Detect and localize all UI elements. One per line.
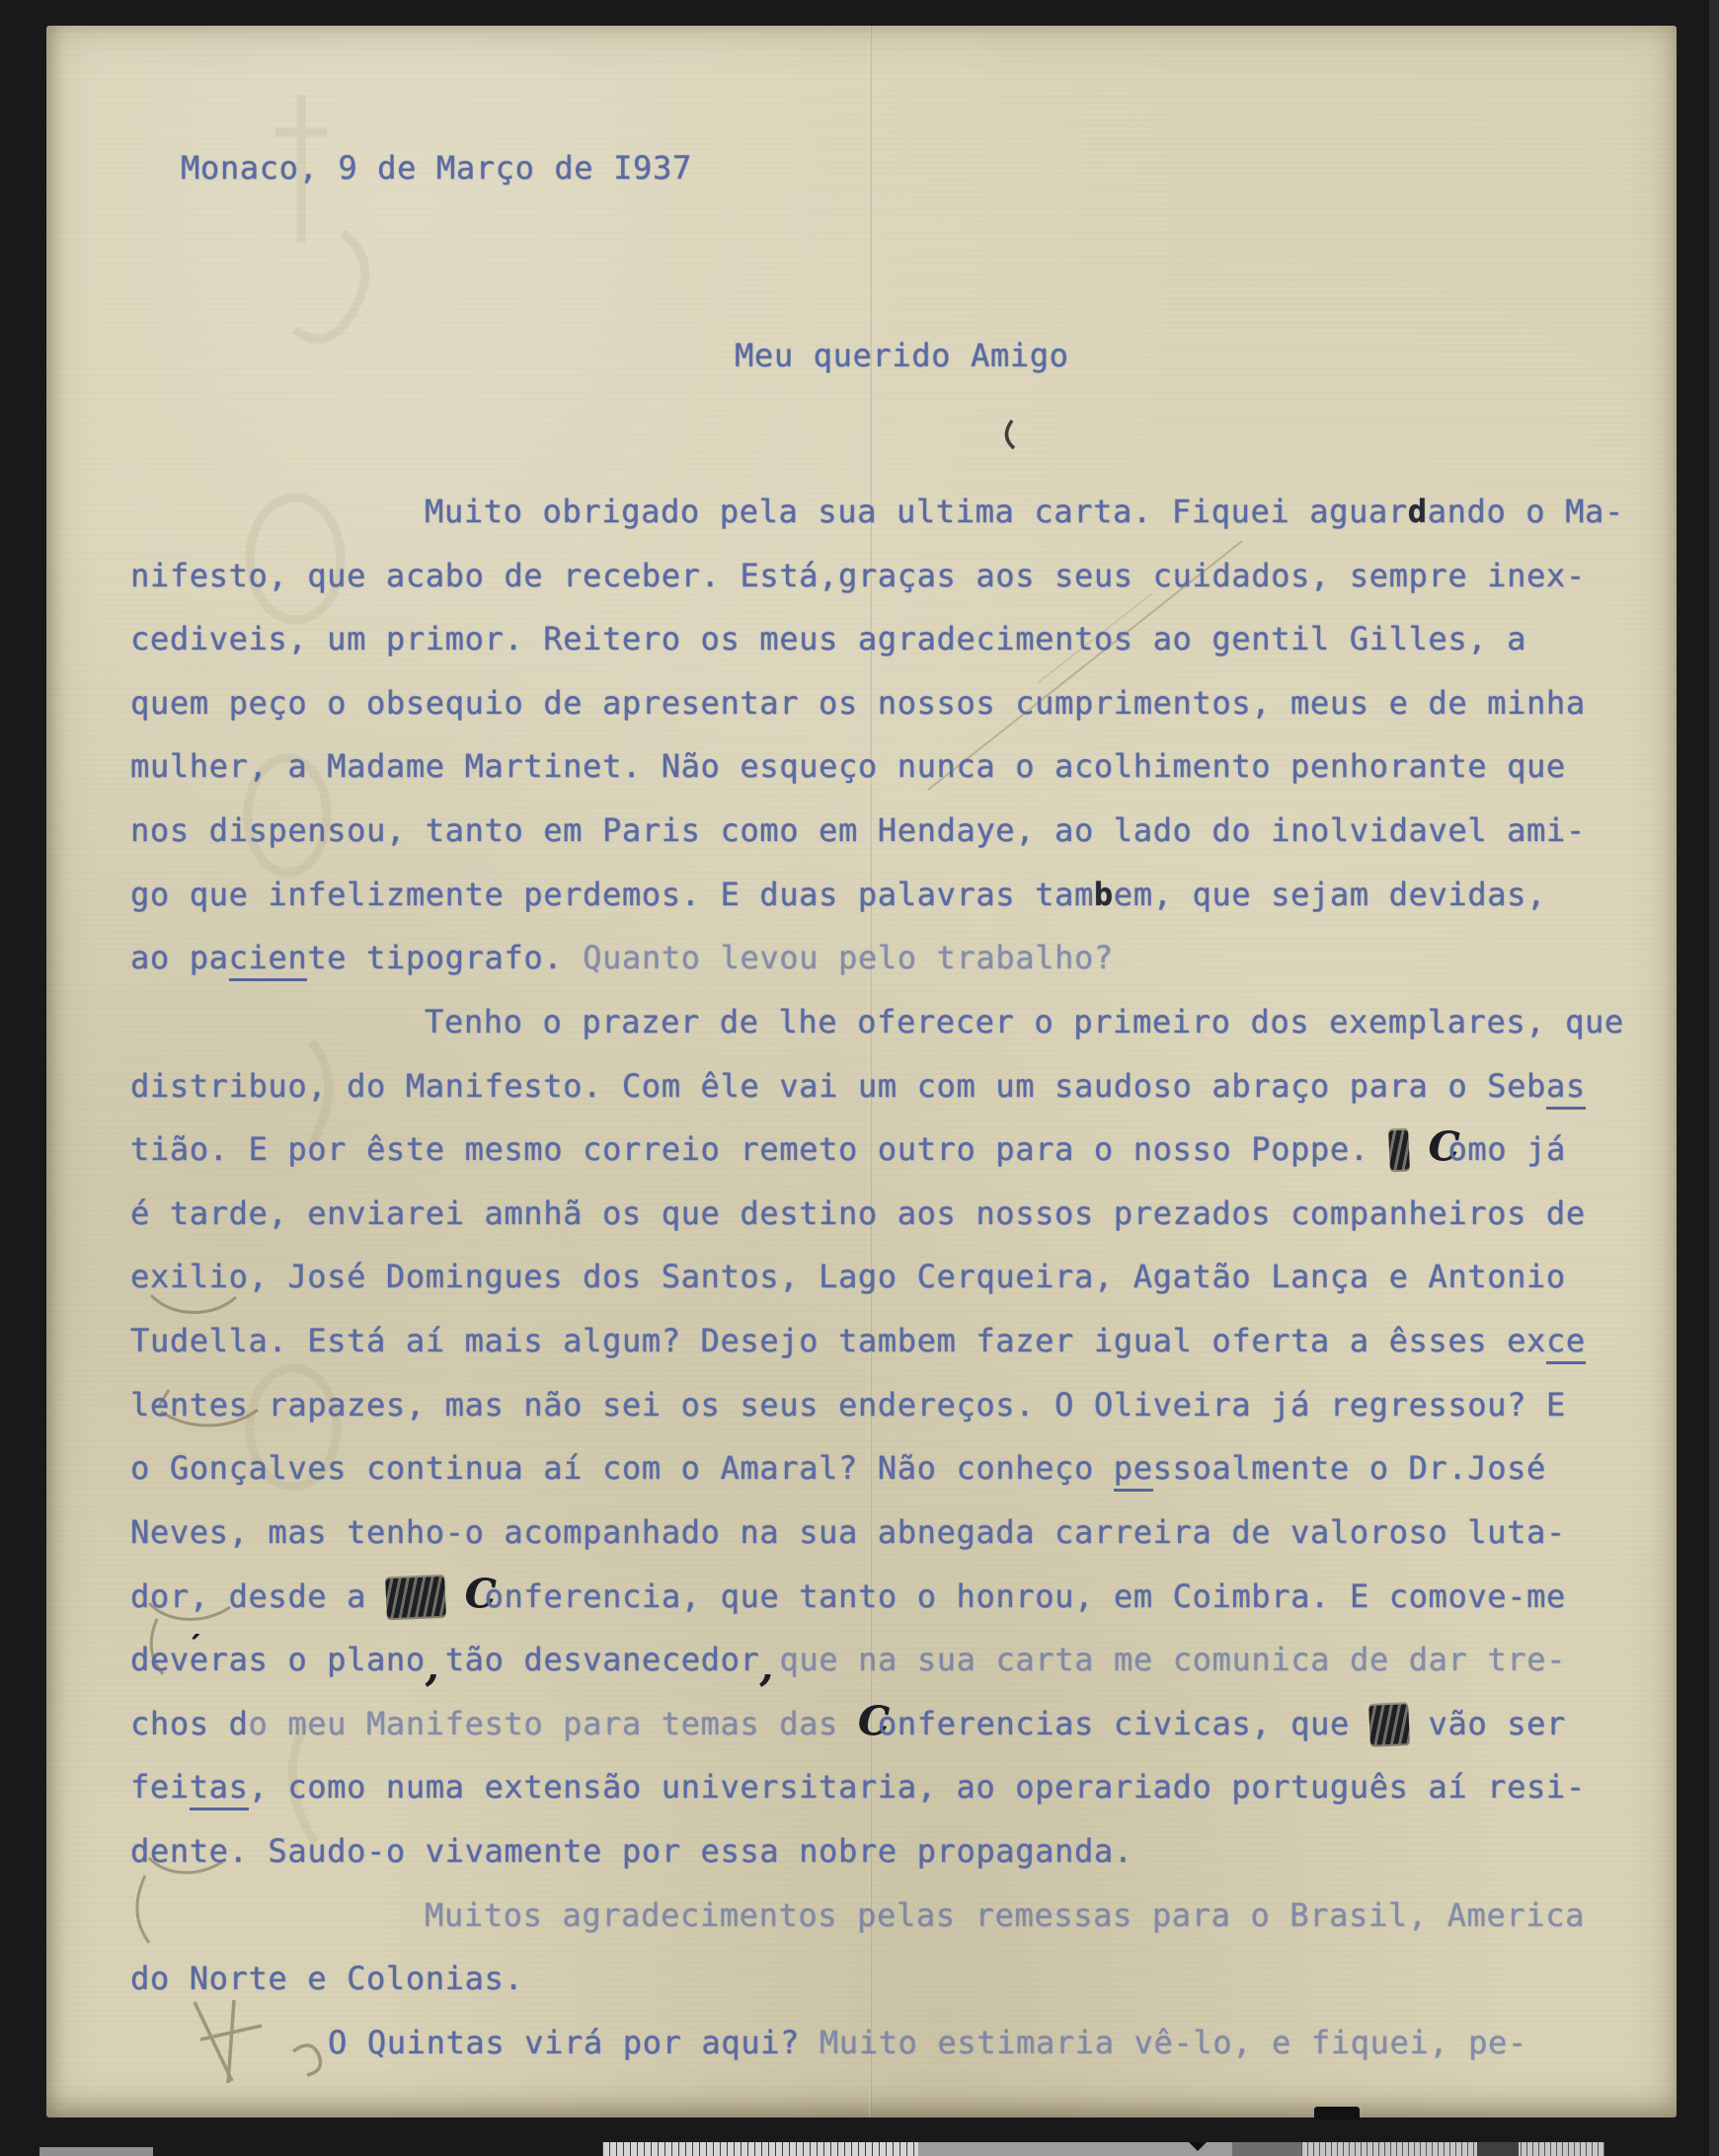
letter-line: lentes rapazes, mas não sei os seus ende… bbox=[130, 1385, 1566, 1424]
typed-text: te tipografo. bbox=[307, 939, 583, 976]
typed-text: d bbox=[1408, 493, 1428, 530]
stray-ink-mark bbox=[1006, 421, 1014, 448]
typed-text: distribuo, do Manifesto. Com êle vai um … bbox=[130, 1067, 1546, 1105]
letter-line: Muitos agradecimentos pelas remessas par… bbox=[130, 1895, 1585, 1935]
typed-text: o Gonçalves continua aí com o Amaral? Nã… bbox=[130, 1449, 1114, 1487]
corner-chip bbox=[39, 2147, 153, 2156]
typed-text: Neves, mas tenho-o acompanhado na sua ab… bbox=[130, 1513, 1566, 1551]
letter-line: Tudella. Está aí mais algum? Desejo tamb… bbox=[130, 1321, 1586, 1360]
typed-text: ao pa bbox=[130, 939, 229, 976]
calibration-strip-segment bbox=[1301, 2142, 1604, 2156]
typed-text: Muito estimaria vê-lo, e fiquei, pe- bbox=[820, 2024, 1527, 2061]
ink-blot: aí bbox=[1368, 1704, 1410, 1745]
typed-text: ce bbox=[1546, 1322, 1586, 1364]
letter-line: nos dispensou, tanto em Paris como em He… bbox=[130, 810, 1586, 850]
typed-text: quem peço o obsequio de apresentar os no… bbox=[130, 684, 1586, 722]
letter-line: mulher, a Madame Martinet. Não esqueço n… bbox=[130, 746, 1566, 786]
calibration-strip bbox=[602, 2142, 1604, 2156]
typed-text: cediveis, um primor. Reitero os meus agr… bbox=[130, 620, 1526, 657]
typed-text: Muito obrigado pela sua ultima carta. Fi… bbox=[425, 493, 1408, 530]
typed-text: nos dispensou, tanto em Paris como em He… bbox=[130, 811, 1586, 849]
typed-text: go que infelizmente perdemos. E duas pal… bbox=[130, 876, 1094, 913]
handwritten-correction: C bbox=[858, 1707, 878, 1736]
typed-text: chos d bbox=[130, 1705, 249, 1742]
calibration-blot bbox=[1477, 2142, 1519, 2156]
typed-text: é tarde, enviarei amnhã os que destino a… bbox=[130, 1194, 1586, 1232]
calibration-strip-segment bbox=[602, 2142, 918, 2156]
typed-text: ssoalmente o Dr.José bbox=[1153, 1449, 1546, 1487]
typed-text: pe bbox=[1114, 1449, 1153, 1492]
typed-text: , como numa extensão universitaria, ao o… bbox=[249, 1768, 1586, 1806]
letter-line: nifesto, que acabo de receber. Está,graç… bbox=[130, 556, 1586, 595]
typed-text: eras o plano bbox=[190, 1641, 426, 1678]
typed-text: fei bbox=[130, 1768, 190, 1806]
typed-text: exilio, José Domingues dos Santos, Lago … bbox=[130, 1258, 1566, 1295]
letter-line: quem peço o obsequio de apresentar os no… bbox=[130, 683, 1586, 723]
typed-text: cien bbox=[229, 939, 308, 981]
letter-line: distribuo, do Manifesto. Com êle vai um … bbox=[130, 1066, 1586, 1106]
letter-line: Neves, mas tenho-o acompanhado na sua ab… bbox=[130, 1512, 1566, 1552]
handwritten-correction: , bbox=[759, 1653, 779, 1682]
calibration-notch bbox=[1189, 2142, 1207, 2151]
typed-text: que na sua carta me comunica de dar tre- bbox=[779, 1641, 1566, 1678]
typed-text: dev bbox=[130, 1641, 190, 1678]
letter-line: exilio, José Domingues dos Santos, Lago … bbox=[130, 1257, 1566, 1296]
typed-text: tas bbox=[190, 1768, 249, 1810]
scan-background: Monaco, 9 de Março de I937 Meu querido A… bbox=[0, 0, 1719, 2156]
letter-line: ao paciente tipografo. Quanto levou pelo… bbox=[130, 938, 1114, 977]
letter-line: Muito obrigado pela sua ultima carta. Fi… bbox=[130, 492, 1624, 531]
typed-text: dente. Saudo-o vivamente por essa nobre … bbox=[130, 1832, 1133, 1870]
letter-line: feitas, como numa extensão universitaria… bbox=[130, 1767, 1586, 1807]
letter-page: Monaco, 9 de Março de I937 Meu querido A… bbox=[46, 26, 1677, 2117]
calibration-strip-segment bbox=[1232, 2142, 1301, 2156]
letter-line: O Quintas virá por aqui? Muito estimaria… bbox=[130, 2023, 1527, 2062]
letter-line: é tarde, enviarei amnhã os que destino a… bbox=[130, 1193, 1586, 1233]
typed-text: ando o Ma- bbox=[1428, 493, 1624, 530]
typed-text: dor, desde a bbox=[130, 1578, 386, 1615]
typed-text: as bbox=[1546, 1067, 1586, 1110]
typed-text: vão ser bbox=[1409, 1705, 1566, 1742]
typed-text: o meu Manifesto para temas das bbox=[249, 1705, 858, 1742]
typed-text: Tudella. Está aí mais algum? Desejo tamb… bbox=[130, 1322, 1546, 1359]
letter-line: dente. Saudo-o vivamente por essa nobre … bbox=[130, 1831, 1133, 1871]
letter-line: dor, desde a sua Conferencia, que tanto … bbox=[130, 1577, 1566, 1616]
date-line: Monaco, 9 de Março de I937 bbox=[181, 148, 692, 188]
typed-text: Quanto levou pelo trabalho? bbox=[583, 939, 1114, 976]
scanner-edge bbox=[1709, 0, 1719, 2156]
handwritten-correction: , bbox=[426, 1653, 445, 1682]
letter-line: go que infelizmente perdemos. E duas pal… bbox=[130, 875, 1546, 914]
ink-blot: sua bbox=[385, 1577, 445, 1619]
letter-line: Tenho o prazer de lhe oferecer o primeir… bbox=[130, 1002, 1624, 1041]
letter-line: do Norte e Colonias. bbox=[130, 1959, 523, 1998]
letter-line: dev´eras o plano,tão desvanecedor,que na… bbox=[130, 1640, 1566, 1681]
salutation: Meu querido Amigo bbox=[735, 336, 1069, 375]
typed-text bbox=[445, 1578, 465, 1615]
typed-text: onferencias civicas, que bbox=[878, 1705, 1369, 1742]
typed-text: Tenho o prazer de lhe oferecer o primeir… bbox=[425, 1003, 1624, 1040]
typed-text: omo já bbox=[1447, 1130, 1566, 1168]
typed-text: lentes rapazes, mas não sei os seus ende… bbox=[130, 1386, 1566, 1424]
typed-text: Muitos agradecimentos pelas remessas par… bbox=[425, 1896, 1585, 1934]
typed-text: mulher, a Madame Martinet. Não esqueço n… bbox=[130, 747, 1566, 785]
handwritten-correction: C bbox=[1428, 1132, 1447, 1162]
typed-text: nifesto, que acabo de receber. Está,graç… bbox=[130, 557, 1586, 594]
paper-notch bbox=[1314, 2107, 1360, 2119]
calibration-strip-segment bbox=[918, 2142, 1232, 2156]
letter-line: chos do meu Manifesto para temas das Con… bbox=[130, 1704, 1566, 1743]
letter-line: cediveis, um primor. Reitero os meus agr… bbox=[130, 619, 1526, 658]
letter-line: tião. E por êste mesmo correio remeto ou… bbox=[130, 1129, 1566, 1169]
typed-text: tião. E por êste mesmo correio remeto ou… bbox=[130, 1130, 1389, 1168]
typed-text: tão desvanecedor bbox=[445, 1641, 760, 1678]
typed-text: em, que sejam devidas, bbox=[1114, 876, 1546, 913]
typed-text: onferencia, que tanto o honrou, em Coimb… bbox=[485, 1578, 1566, 1615]
typed-text: do Norte e Colonias. bbox=[130, 1960, 523, 1997]
ink-blot: A bbox=[1388, 1130, 1410, 1171]
typed-text: b bbox=[1094, 876, 1114, 913]
typed-text: O Quintas virá por aqui? bbox=[328, 2024, 820, 2061]
typed-text bbox=[1409, 1130, 1429, 1168]
handwritten-correction: C bbox=[465, 1579, 485, 1609]
letter-line: o Gonçalves continua aí com o Amaral? Nã… bbox=[130, 1448, 1546, 1488]
